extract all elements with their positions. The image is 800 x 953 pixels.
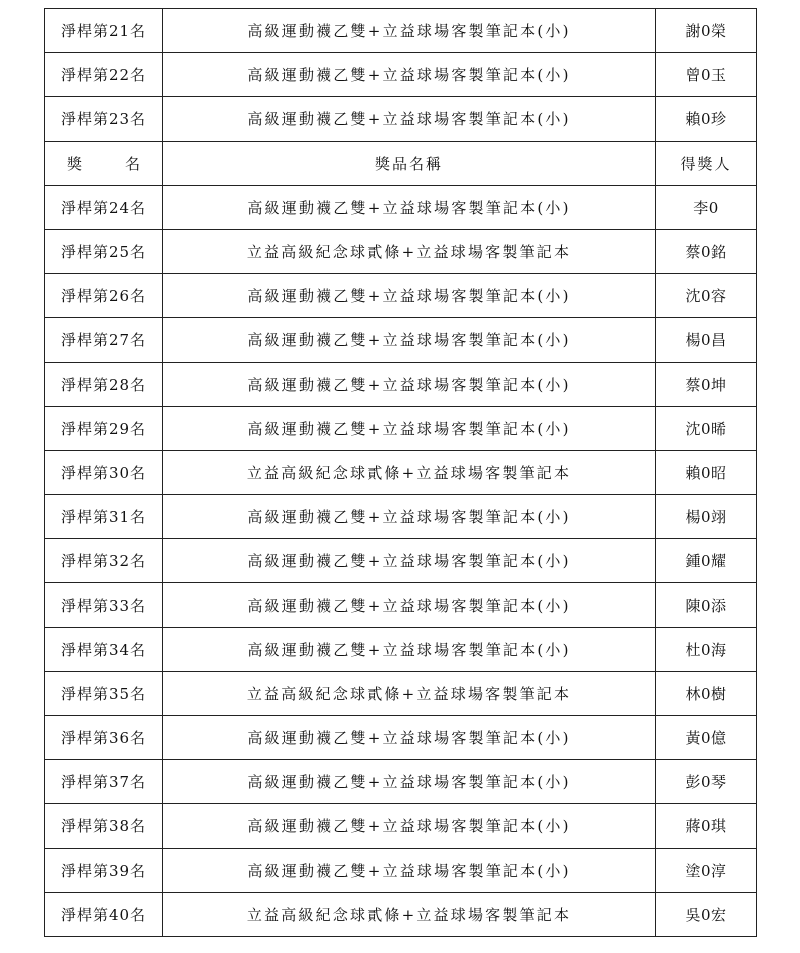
prize-cell: 高級運動襪乙雙+立益球場客製筆記本(小) — [163, 539, 656, 583]
table-row: 淨桿第30名 立益高級紀念球貳條+立益球場客製筆記本 賴0昭 — [45, 450, 757, 494]
winner-cell: 沈0容 — [656, 274, 757, 318]
rank-cell: 淨桿第31名 — [45, 495, 163, 539]
winner-cell: 陳0添 — [656, 583, 757, 627]
prize-cell: 高級運動襪乙雙+立益球場客製筆記本(小) — [163, 848, 656, 892]
table-row: 淨桿第37名 高級運動襪乙雙+立益球場客製筆記本(小) 彭0琴 — [45, 760, 757, 804]
header-winner: 得獎人 — [656, 141, 757, 185]
winner-cell: 杜0海 — [656, 627, 757, 671]
rank-cell: 淨桿第30名 — [45, 450, 163, 494]
prize-cell: 高級運動襪乙雙+立益球場客製筆記本(小) — [163, 495, 656, 539]
winner-cell: 曾0玉 — [656, 53, 757, 97]
winner-cell: 黃0億 — [656, 716, 757, 760]
table-row: 淨桿第36名 高級運動襪乙雙+立益球場客製筆記本(小) 黃0億 — [45, 716, 757, 760]
prize-winners-table: 淨桿第21名 高級運動襪乙雙+立益球場客製筆記本(小) 謝0榮 淨桿第22名 高… — [44, 8, 757, 937]
winner-cell: 蔣0琪 — [656, 804, 757, 848]
table-row: 淨桿第24名 高級運動襪乙雙+立益球場客製筆記本(小) 李0 — [45, 185, 757, 229]
prize-cell: 高級運動襪乙雙+立益球場客製筆記本(小) — [163, 53, 656, 97]
winner-cell: 蔡0銘 — [656, 229, 757, 273]
rank-cell: 淨桿第37名 — [45, 760, 163, 804]
rank-cell: 淨桿第26名 — [45, 274, 163, 318]
rank-cell: 淨桿第27名 — [45, 318, 163, 362]
rank-cell: 淨桿第39名 — [45, 848, 163, 892]
rank-cell: 淨桿第28名 — [45, 362, 163, 406]
winner-cell: 吳0宏 — [656, 892, 757, 936]
prize-cell: 立益高級紀念球貳條+立益球場客製筆記本 — [163, 229, 656, 273]
table-row: 淨桿第21名 高級運動襪乙雙+立益球場客製筆記本(小) 謝0榮 — [45, 9, 757, 53]
rank-cell: 淨桿第21名 — [45, 9, 163, 53]
prize-cell: 立益高級紀念球貳條+立益球場客製筆記本 — [163, 450, 656, 494]
rank-cell: 淨桿第34名 — [45, 627, 163, 671]
winner-cell: 塗0淳 — [656, 848, 757, 892]
rank-cell: 淨桿第32名 — [45, 539, 163, 583]
table-row: 淨桿第22名 高級運動襪乙雙+立益球場客製筆記本(小) 曾0玉 — [45, 53, 757, 97]
table-row: 淨桿第26名 高級運動襪乙雙+立益球場客製筆記本(小) 沈0容 — [45, 274, 757, 318]
table-row: 淨桿第38名 高級運動襪乙雙+立益球場客製筆記本(小) 蔣0琪 — [45, 804, 757, 848]
prize-cell: 高級運動襪乙雙+立益球場客製筆記本(小) — [163, 583, 656, 627]
winner-cell: 賴0珍 — [656, 97, 757, 141]
prize-cell: 高級運動襪乙雙+立益球場客製筆記本(小) — [163, 185, 656, 229]
winner-cell: 彭0琴 — [656, 760, 757, 804]
winner-cell: 謝0榮 — [656, 9, 757, 53]
header-prize: 獎品名稱 — [163, 141, 656, 185]
prize-cell: 高級運動襪乙雙+立益球場客製筆記本(小) — [163, 627, 656, 671]
header-rank: 獎 名 — [45, 141, 163, 185]
prize-cell: 高級運動襪乙雙+立益球場客製筆記本(小) — [163, 9, 656, 53]
table-row: 淨桿第31名 高級運動襪乙雙+立益球場客製筆記本(小) 楊0翊 — [45, 495, 757, 539]
prize-cell: 立益高級紀念球貳條+立益球場客製筆記本 — [163, 671, 656, 715]
table-row: 淨桿第39名 高級運動襪乙雙+立益球場客製筆記本(小) 塗0淳 — [45, 848, 757, 892]
prize-cell: 高級運動襪乙雙+立益球場客製筆記本(小) — [163, 97, 656, 141]
winner-cell: 林0樹 — [656, 671, 757, 715]
winner-cell: 鍾0耀 — [656, 539, 757, 583]
winner-cell: 沈0晞 — [656, 406, 757, 450]
rank-cell: 淨桿第36名 — [45, 716, 163, 760]
prize-cell: 高級運動襪乙雙+立益球場客製筆記本(小) — [163, 406, 656, 450]
rank-cell: 淨桿第24名 — [45, 185, 163, 229]
rank-cell: 淨桿第38名 — [45, 804, 163, 848]
winner-cell: 楊0昌 — [656, 318, 757, 362]
rank-cell: 淨桿第25名 — [45, 229, 163, 273]
rank-cell: 淨桿第33名 — [45, 583, 163, 627]
rank-cell: 淨桿第35名 — [45, 671, 163, 715]
table-row: 淨桿第23名 高級運動襪乙雙+立益球場客製筆記本(小) 賴0珍 — [45, 97, 757, 141]
winner-cell: 賴0昭 — [656, 450, 757, 494]
prize-cell: 立益高級紀念球貳條+立益球場客製筆記本 — [163, 892, 656, 936]
prize-cell: 高級運動襪乙雙+立益球場客製筆記本(小) — [163, 362, 656, 406]
table-row: 淨桿第32名 高級運動襪乙雙+立益球場客製筆記本(小) 鍾0耀 — [45, 539, 757, 583]
rank-cell: 淨桿第22名 — [45, 53, 163, 97]
rank-cell: 淨桿第23名 — [45, 97, 163, 141]
table-header-row: 獎 名 獎品名稱 得獎人 — [45, 141, 757, 185]
table-row: 淨桿第27名 高級運動襪乙雙+立益球場客製筆記本(小) 楊0昌 — [45, 318, 757, 362]
winner-cell: 蔡0坤 — [656, 362, 757, 406]
winner-cell: 楊0翊 — [656, 495, 757, 539]
prize-cell: 高級運動襪乙雙+立益球場客製筆記本(小) — [163, 274, 656, 318]
table-row: 淨桿第34名 高級運動襪乙雙+立益球場客製筆記本(小) 杜0海 — [45, 627, 757, 671]
prize-cell: 高級運動襪乙雙+立益球場客製筆記本(小) — [163, 716, 656, 760]
rank-cell: 淨桿第29名 — [45, 406, 163, 450]
prize-cell: 高級運動襪乙雙+立益球場客製筆記本(小) — [163, 804, 656, 848]
rank-cell: 淨桿第40名 — [45, 892, 163, 936]
prize-cell: 高級運動襪乙雙+立益球場客製筆記本(小) — [163, 760, 656, 804]
winner-cell: 李0 — [656, 185, 757, 229]
table-row: 淨桿第25名 立益高級紀念球貳條+立益球場客製筆記本 蔡0銘 — [45, 229, 757, 273]
table-row: 淨桿第40名 立益高級紀念球貳條+立益球場客製筆記本 吳0宏 — [45, 892, 757, 936]
table-row: 淨桿第33名 高級運動襪乙雙+立益球場客製筆記本(小) 陳0添 — [45, 583, 757, 627]
table-row: 淨桿第28名 高級運動襪乙雙+立益球場客製筆記本(小) 蔡0坤 — [45, 362, 757, 406]
prize-cell: 高級運動襪乙雙+立益球場客製筆記本(小) — [163, 318, 656, 362]
table-row: 淨桿第29名 高級運動襪乙雙+立益球場客製筆記本(小) 沈0晞 — [45, 406, 757, 450]
table-row: 淨桿第35名 立益高級紀念球貳條+立益球場客製筆記本 林0樹 — [45, 671, 757, 715]
